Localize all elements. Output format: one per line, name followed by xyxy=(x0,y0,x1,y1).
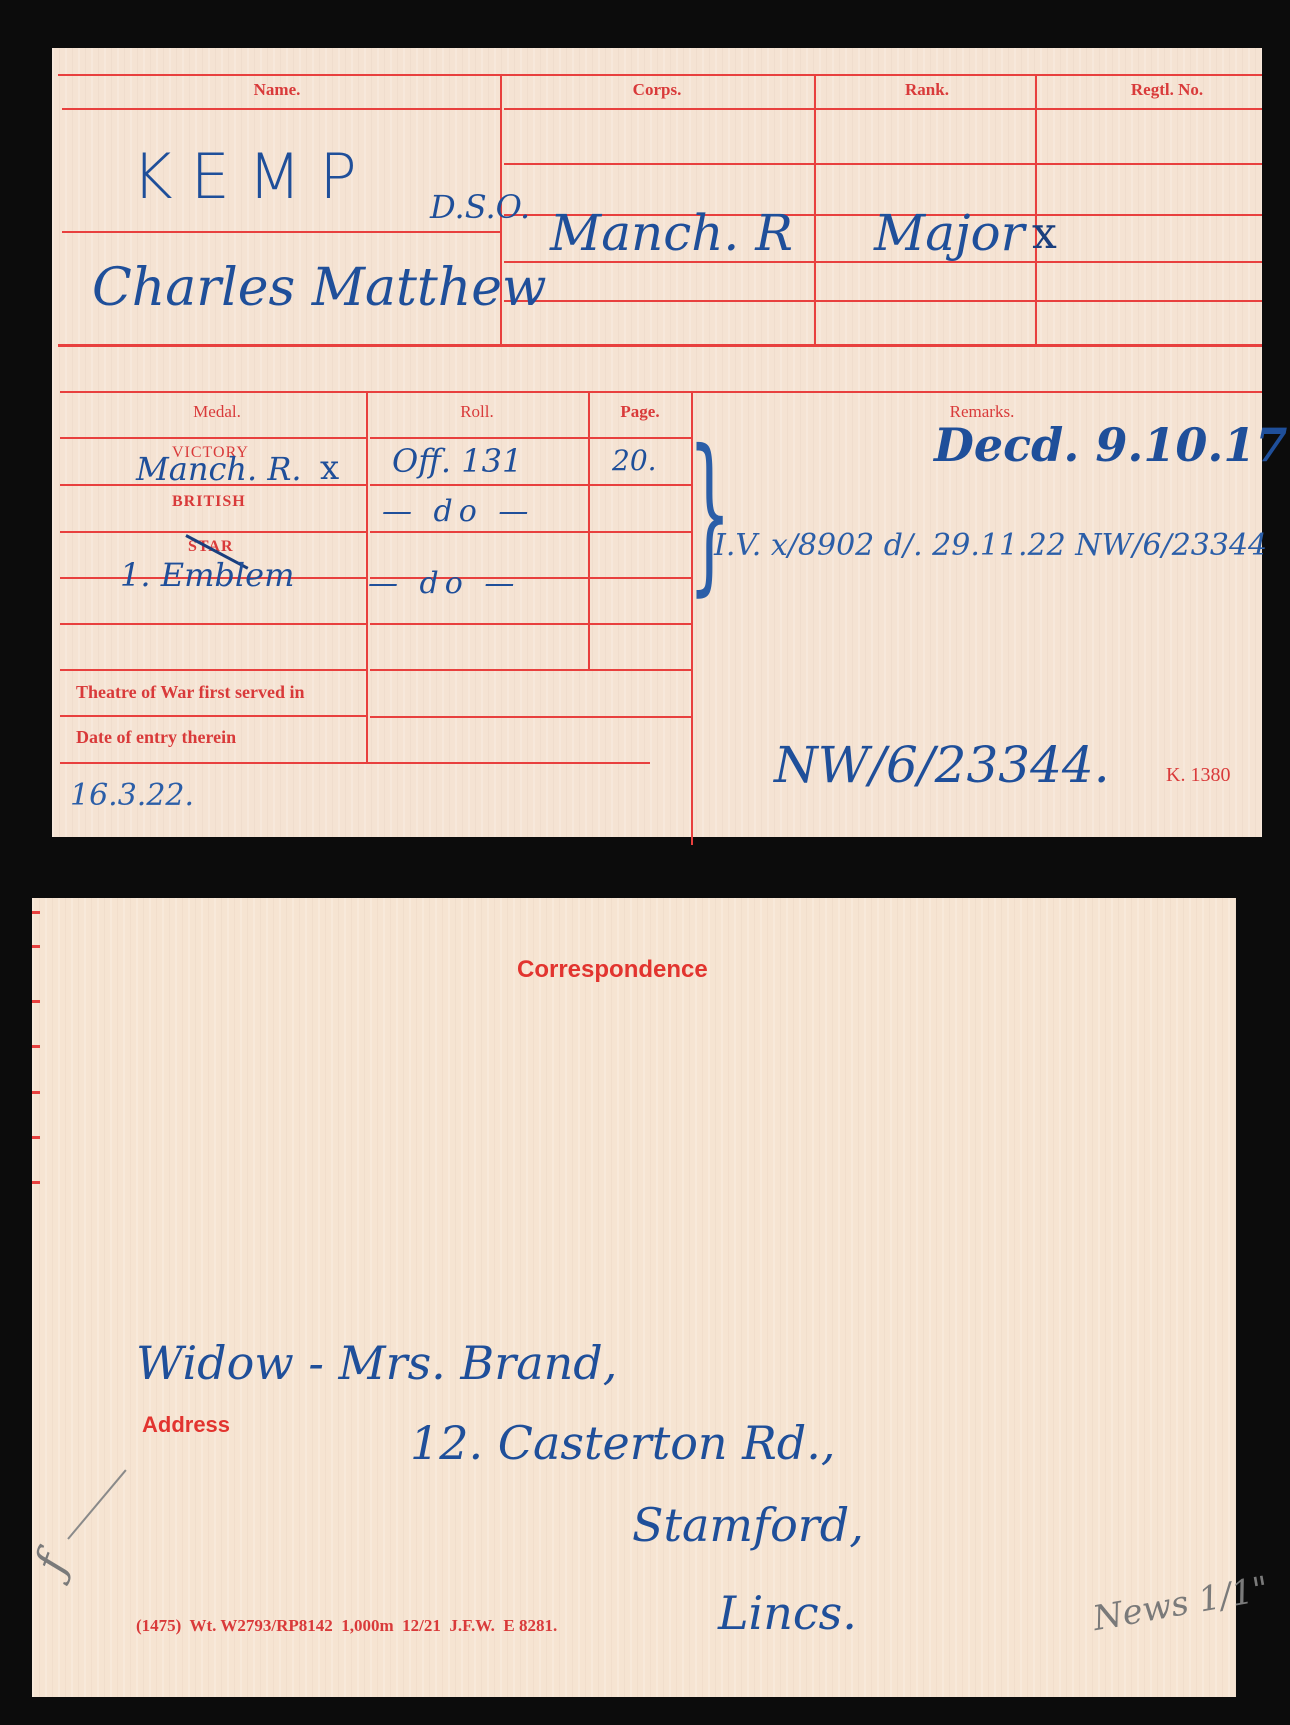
address-line-4: Lincs. xyxy=(718,1586,857,1640)
rule xyxy=(60,391,1262,393)
roll-victory: Off. 131 xyxy=(392,442,522,480)
rule xyxy=(504,300,1262,302)
medal-victory-entry: Manch. R. xyxy=(136,450,302,488)
medal-star-entry: 1. Emblem xyxy=(120,556,294,594)
rule xyxy=(62,108,500,110)
pencil-note: News 1/1" xyxy=(1090,1569,1272,1639)
rule xyxy=(370,437,691,439)
rule xyxy=(370,716,691,718)
rule xyxy=(60,715,366,717)
rule xyxy=(58,344,1262,347)
rule xyxy=(58,74,1262,76)
rule xyxy=(60,669,366,671)
roll-british: — do — xyxy=(382,494,534,529)
medal-index-card-back: Correspondence Widow - Mrs. Brand, Addre… xyxy=(32,898,1236,1697)
edge-tick xyxy=(32,911,40,914)
regtl-no-header: Regtl. No. xyxy=(1082,80,1252,100)
medal-index-card-front: Name. Corps. Rank. Regtl. No. KEMP D.S.O… xyxy=(52,48,1262,837)
corps-header: Corps. xyxy=(582,80,732,100)
roll-star: — do — xyxy=(368,566,520,601)
remarks-note: I.V. x/8902 d/. 29.11.22 NW/6/23344 xyxy=(714,528,1267,563)
roll-header: Roll. xyxy=(402,402,552,422)
rule xyxy=(62,231,500,233)
edge-tick xyxy=(32,1045,40,1048)
correspondence-title: Correspondence xyxy=(517,956,708,984)
rule xyxy=(370,623,691,625)
pencil-stroke xyxy=(67,1469,126,1539)
honour-dso: D.S.O. xyxy=(430,188,530,226)
date-of-entry-label: Date of entry therein xyxy=(76,727,236,748)
page-victory: 20. xyxy=(612,444,657,477)
corps-value: Manch. R xyxy=(550,204,793,262)
rule xyxy=(370,531,691,533)
printer-line: (1475) Wt. W2793/RP8142 1,000m 12/21 J.F… xyxy=(136,1616,557,1636)
rule xyxy=(370,669,691,671)
page-header: Page. xyxy=(600,402,680,422)
col-divider xyxy=(588,391,590,671)
date-stamp: 16.3.22. xyxy=(70,778,194,813)
address-line-3: Stamford, xyxy=(632,1498,864,1552)
name-header: Name. xyxy=(202,80,352,100)
edge-tick xyxy=(32,1181,40,1184)
address-line-2: 12. Casterton Rd., xyxy=(410,1416,835,1470)
col-divider xyxy=(814,74,816,344)
edge-tick xyxy=(32,1091,40,1094)
medal-header: Medal. xyxy=(142,402,292,422)
medal-victory-mark: x xyxy=(320,448,339,488)
rank-mark: x xyxy=(1032,208,1057,259)
theatre-of-war-label: Theatre of War first served in xyxy=(76,682,304,703)
edge-tick xyxy=(32,1136,40,1139)
rule xyxy=(60,531,366,533)
surname: KEMP xyxy=(132,140,375,213)
edge-tick xyxy=(32,945,40,948)
rule xyxy=(504,163,1262,165)
rank-value: Major xyxy=(874,204,1025,262)
forenames: Charles Matthew xyxy=(92,258,547,318)
medal-british-label: British xyxy=(172,493,246,511)
reference-number: NW/6/23344. xyxy=(774,736,1110,794)
edge-tick xyxy=(32,1000,40,1003)
rank-header: Rank. xyxy=(852,80,1002,100)
address-line-1: Widow - Mrs. Brand, xyxy=(136,1336,617,1390)
rule xyxy=(60,623,366,625)
address-label: Address xyxy=(142,1412,230,1438)
brace-mark: } xyxy=(688,428,731,598)
form-number: K. 1380 xyxy=(1166,764,1230,787)
pencil-scribble: ƒ xyxy=(25,1547,78,1580)
rule xyxy=(60,437,366,439)
rule xyxy=(370,484,691,486)
rule xyxy=(60,762,650,764)
remarks-deceased: Decd. 9.10.17. xyxy=(934,418,1290,472)
rule xyxy=(504,108,1262,110)
